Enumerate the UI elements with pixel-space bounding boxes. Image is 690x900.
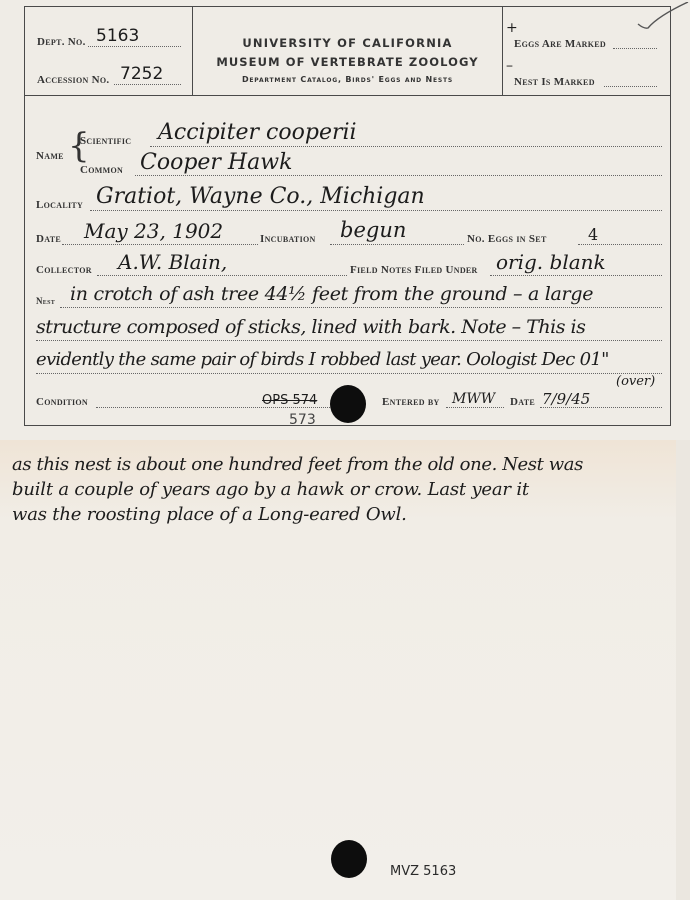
back-note-line-2: built a couple of years ago by a hawk or… xyxy=(12,479,529,500)
entered-by-label: Entered by xyxy=(382,396,440,408)
locality-label: Locality xyxy=(36,199,83,211)
nest-marked-dotline xyxy=(604,86,657,87)
eggs-marked-dotline xyxy=(613,48,657,49)
scientific-label: Scientific xyxy=(80,135,131,147)
nest-line-1: in crotch of ash tree 44½ feet from the … xyxy=(70,283,593,305)
nest-label: Nest xyxy=(36,296,55,306)
header-divider xyxy=(193,95,502,96)
incubation-dotline xyxy=(330,244,464,245)
scientific-name-value: Accipiter cooperii xyxy=(158,120,357,145)
entered-by-dotline xyxy=(446,407,504,408)
condition-correction: 573 xyxy=(289,412,316,428)
common-dotline xyxy=(135,175,662,176)
eggs-in-set-label: No. Eggs in Set xyxy=(467,233,547,245)
field-notes-label: Field Notes Filed Under xyxy=(350,264,478,276)
eggs-in-set-value: 4 xyxy=(588,225,598,244)
incubation-value: begun xyxy=(340,218,406,242)
nest-line-3: evidently the same pair of birds I robbe… xyxy=(36,349,609,370)
date-dotline xyxy=(62,244,258,245)
condition-label: Condition xyxy=(36,396,88,408)
date-label: Date xyxy=(36,233,61,245)
condition-value: OPS 574 xyxy=(262,393,317,408)
nest-marked-dash: – xyxy=(506,58,513,74)
back-note-line-1: as this nest is about one hundred feet f… xyxy=(12,454,583,475)
university-title: UNIVERSITY OF CALIFORNIA xyxy=(193,36,502,50)
over-note: (over) xyxy=(616,374,655,389)
collector-dotline xyxy=(97,275,347,276)
common-label: Common xyxy=(80,164,123,176)
accession-no-value: 7252 xyxy=(120,64,163,84)
field-notes-dotline xyxy=(490,275,662,276)
dept-no-value: 5163 xyxy=(96,26,139,46)
catalog-stamp: MVZ 5163 xyxy=(390,864,456,879)
nest-line-2: structure composed of sticks, lined with… xyxy=(36,316,585,338)
eggs-in-set-dotline xyxy=(578,244,662,245)
nest-dotline-1 xyxy=(60,307,662,308)
common-name-value: Cooper Hawk xyxy=(140,150,292,175)
entry-date-label: Date xyxy=(510,396,535,408)
locality-dotline xyxy=(90,210,662,211)
entry-date-value: 7/9/45 xyxy=(542,390,590,408)
eggs-marked-plus: + xyxy=(506,20,518,36)
card-edge xyxy=(676,440,690,900)
nest-dotline-2 xyxy=(36,340,662,341)
name-label: Name xyxy=(36,150,64,162)
scientific-dotline xyxy=(150,146,662,147)
accession-no-label: Accession No. xyxy=(37,74,109,86)
locality-value: Gratiot, Wayne Co., Michigan xyxy=(96,184,425,209)
card-back: as this nest is about one hundred feet f… xyxy=(0,440,690,900)
nest-dotline-3 xyxy=(36,373,662,374)
accession-no-dotline xyxy=(114,84,181,85)
card-front: UNIVERSITY OF CALIFORNIA MUSEUM OF VERTE… xyxy=(0,0,690,440)
field-notes-value: orig. blank xyxy=(496,250,606,274)
dept-no-label: Dept. No. xyxy=(37,36,86,48)
punch-hole-back xyxy=(331,840,367,878)
incubation-label: Incubation xyxy=(260,233,316,245)
collector-value: A.W. Blain, xyxy=(118,250,227,274)
punch-hole xyxy=(330,385,366,423)
checkmark-icon xyxy=(636,2,690,32)
back-note-line-3: was the roosting place of a Long-eared O… xyxy=(12,504,407,525)
eggs-marked-label: Eggs Are Marked xyxy=(514,38,606,50)
collector-label: Collector xyxy=(36,264,92,276)
nest-marked-label: Nest Is Marked xyxy=(514,76,595,88)
dept-no-dotline xyxy=(88,46,181,47)
date-value: May 23, 1902 xyxy=(84,219,223,243)
entered-by-value: MWW xyxy=(452,391,495,407)
museum-title: MUSEUM OF VERTEBRATE ZOOLOGY xyxy=(193,55,502,69)
catalog-subtitle: Department Catalog, Birds' Eggs and Nest… xyxy=(193,75,502,84)
